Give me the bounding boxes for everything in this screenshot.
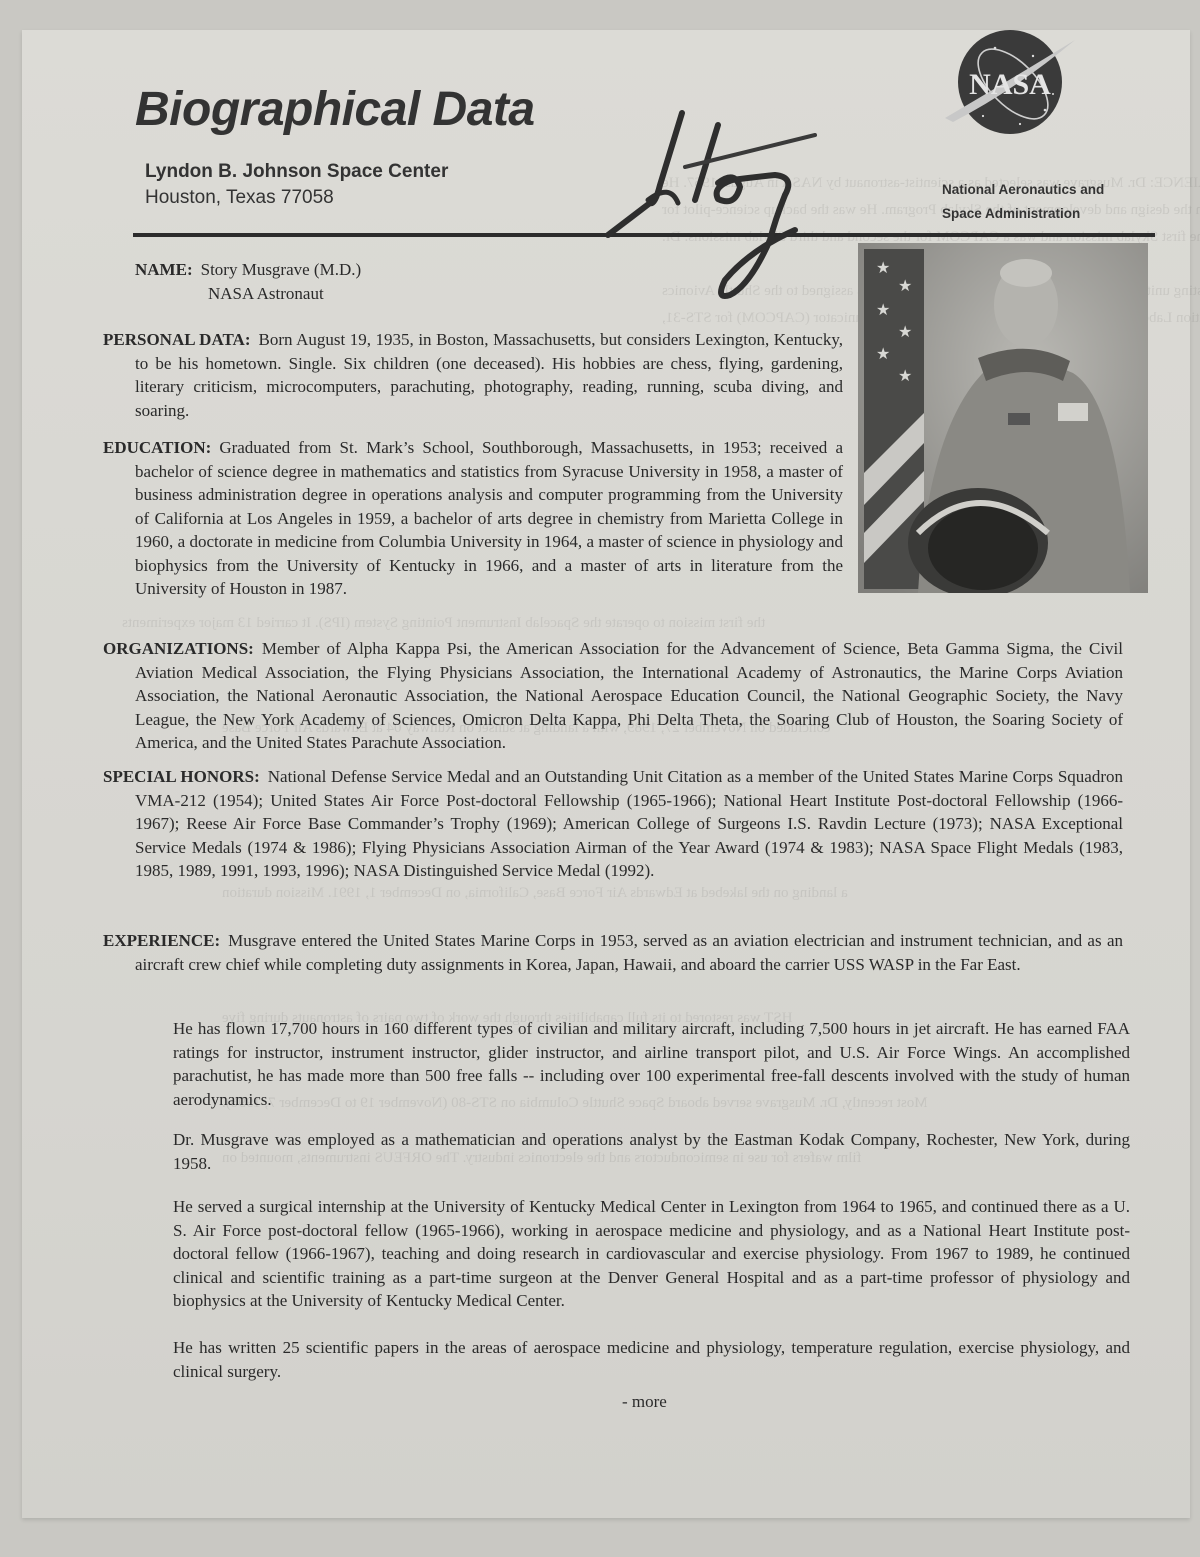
name-section: NAME:Story Musgrave (M.D.) NASA Astronau… [135,258,655,305]
svg-text:★: ★ [898,324,912,341]
astronaut-title: NASA Astronaut [135,284,324,303]
svg-text:★: ★ [876,260,890,277]
name-label: NAME: [135,260,193,279]
bleed-through-text: the first mission to operate the Spacela… [122,610,765,637]
experience-paragraph-kodak: Dr. Musgrave was employed as a mathemati… [173,1128,1130,1175]
svg-text:NASA: NASA [969,68,1051,101]
svg-text:★: ★ [876,302,890,319]
experience-text: Musgrave entered the United States Marin… [135,931,1123,974]
personal-data-section: PERSONAL DATA:Born August 19, 1935, in B… [103,328,843,422]
organizations-label: ORGANIZATIONS: [103,639,254,658]
bleed-through-text: a landing on the lakebed at Edwards Air … [222,880,848,907]
experience-paragraph-medical: He served a surgical internship at the U… [173,1195,1130,1313]
special-honors-text: National Defense Service Medal and an Ou… [135,767,1123,880]
organizations-section: ORGANIZATIONS:Member of Alpha Kappa Psi,… [103,637,1123,755]
experience-section: EXPERIENCE:Musgrave entered the United S… [103,929,1123,976]
special-honors-label: SPECIAL HONORS: [103,767,260,786]
continuation-marker: - more [622,1392,667,1412]
svg-text:★: ★ [876,346,890,363]
astronaut-photo: ★★★★★★ [858,243,1148,593]
center-address: Houston, Texas 77058 [145,187,334,209]
education-section: EDUCATION:Graduated from St. Mark’s Scho… [103,436,843,601]
svg-text:★: ★ [898,368,912,385]
svg-text:★: ★ [898,278,912,295]
education-text: Graduated from St. Mark’s School, Southb… [135,438,843,598]
experience-paragraph-flight-hours: He has flown 17,700 hours in 160 differe… [173,1017,1130,1111]
organizations-text: Member of Alpha Kappa Psi, the American … [135,639,1123,752]
center-name: Lyndon B. Johnson Space Center [145,161,448,183]
nasa-meatball-logo-icon: NASA [935,28,1085,138]
astronaut-name: Story Musgrave (M.D.) [201,260,362,279]
education-label: EDUCATION: [103,438,211,457]
special-honors-section: SPECIAL HONORS:National Defense Service … [103,765,1123,883]
document-title: Biographical Data [135,82,535,137]
agency-name: National Aeronautics and Space Administr… [942,178,1104,226]
personal-data-label: PERSONAL DATA: [103,330,250,349]
experience-paragraph-publications: He has written 25 scientific papers in t… [173,1336,1130,1383]
experience-label: EXPERIENCE: [103,931,220,950]
